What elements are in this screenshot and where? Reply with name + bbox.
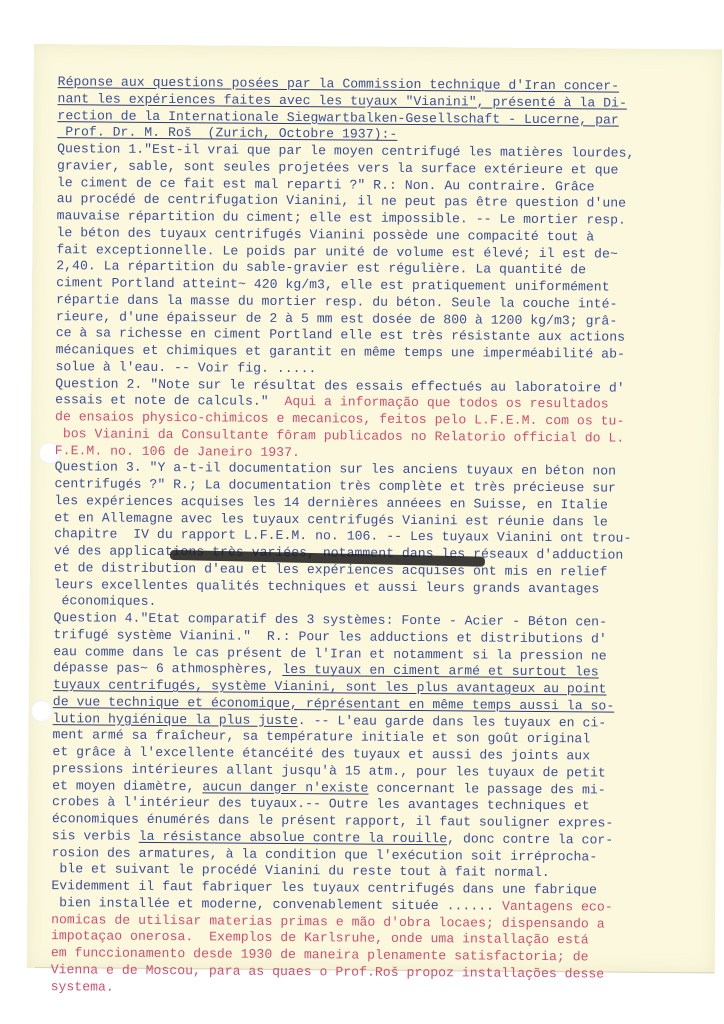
portuguese-annotation: Aqui a informação que todos os resultado… <box>269 394 609 412</box>
typewritten-text: Réponse aux questions posées par la Comm… <box>51 74 708 1000</box>
underlined-text: aucun danger n'existe <box>202 779 368 795</box>
portuguese-annotation: Vantagens eco- <box>494 898 613 914</box>
punch-hole-bottom <box>31 700 53 722</box>
line-text: leurs excellentes qualités techniques et… <box>54 577 600 596</box>
line-text: dépasse pas~ 6 athmosphères, <box>53 660 282 677</box>
line-text: ment armé sa fraîcheur, sa température i… <box>53 727 591 746</box>
line-text: bien installée et moderne, convenablemen… <box>51 895 494 913</box>
line-text-after: concernant le passage des mi- <box>368 780 605 797</box>
line-text: rosion des armatures, à la condition que… <box>52 845 598 864</box>
line-text-after: . -- L'eau garde dans les tuyaux en ci- <box>298 713 607 730</box>
document-page: Réponse aux questions posées par la Comm… <box>27 44 722 973</box>
line-text: et grâce à l'excellente étancéité des tu… <box>52 744 590 763</box>
underlined-text: lution hygiénique la plus juste <box>53 711 298 728</box>
portuguese-annotation: impotaçao onerosa. Exemplos de Karlsruhe… <box>51 928 589 947</box>
line-text: Prof. Dr. M. Roš (Zurich, Octobre 1937):… <box>57 124 397 142</box>
portuguese-annotation: F.E.M. no. 106 de Janeiro 1937. <box>55 443 300 460</box>
line-text: le ciment de ce fait est mal reparti ?" … <box>57 175 595 194</box>
portuguese-annotation: em funccionamento desde 1930 de maneira … <box>51 945 589 964</box>
portuguese-annotation: systema. <box>51 979 114 994</box>
line-text: économiques. <box>54 593 157 609</box>
line-text: solue à l'eau. -- Voir fig. ..... <box>55 359 316 376</box>
underlined-text: les tuyaux en ciment armé et surtout les <box>282 662 598 679</box>
line-text: ble et suivant le procédé Vianini du res… <box>51 861 549 880</box>
underlined-text: la résistance absolue contre la rouille <box>139 829 448 846</box>
line-text: et moyen diamètre, <box>52 778 202 794</box>
line-text: le béton des tuyaux centrifugés Vianini … <box>56 225 594 244</box>
line-text: sis verbis <box>52 828 139 844</box>
portuguese-annotation: Vienna e de Moscou, para as quaes o Prof… <box>51 962 605 981</box>
line-text-after: , donc contre la cor- <box>447 831 613 847</box>
line-text: 2,40. La répartition du sable-gravier es… <box>56 258 586 277</box>
line-text: Evidemment il faut fabriquer les tuyaux … <box>51 878 597 897</box>
line-text: crobes à l'intérieur des tuyaux.-- Outre… <box>52 794 590 813</box>
line-text: essais et note de calculs." <box>55 392 269 409</box>
